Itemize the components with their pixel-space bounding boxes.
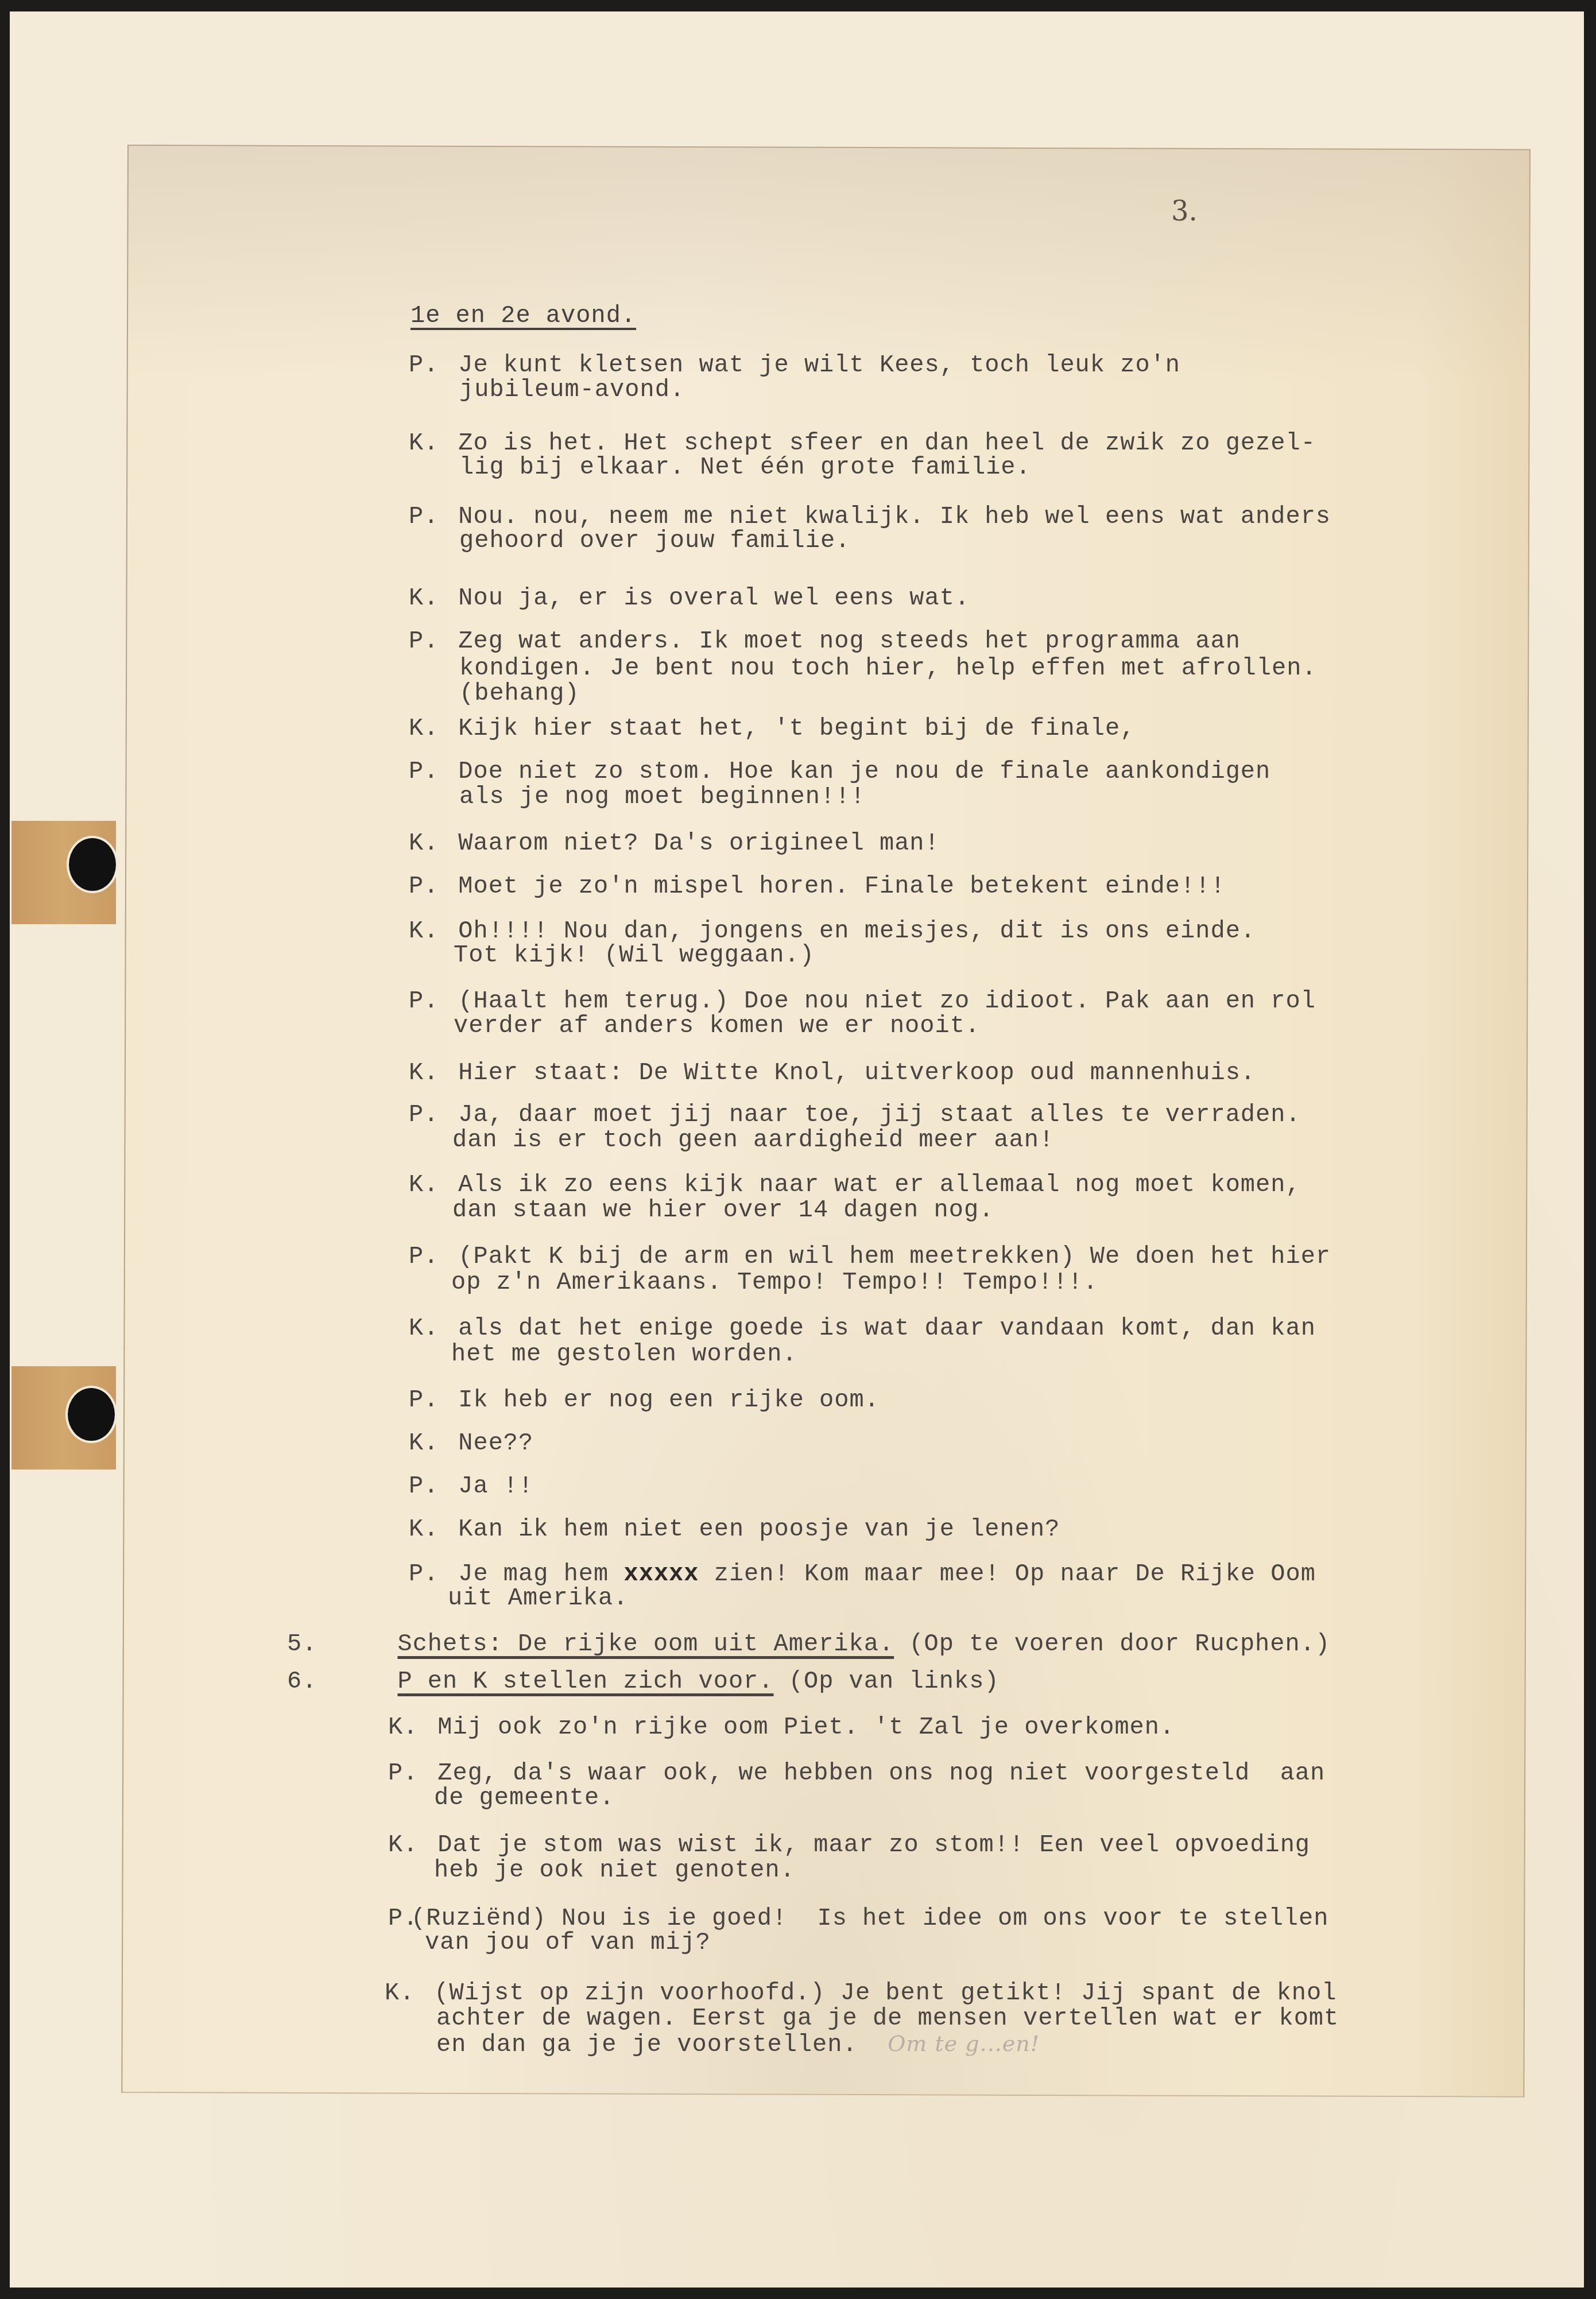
dialogue-line: P. (Pakt K bij de arm en wil hem meetrek… [409,1243,1331,1270]
script-text: 1e en 2e avond. P. Je kunt kletsen wat j… [0,0,1596,2299]
dialogue-line: K. Zo is het. Het schept sfeer en dan he… [409,429,1316,457]
dialogue-continuation: de gemeente. [434,1784,614,1812]
dialogue-line: K. Oh!!!! Nou dan, jongens en meisjes, d… [409,917,1256,945]
dialogue-line: P. Ja !! [409,1472,533,1500]
pencil-annotation: Om te g...en! [888,2031,1040,2056]
section-heading: 1e en 2e avond. [410,302,636,329]
dialogue-line: P. Moet je zo'n mispel horen. Finale bet… [409,873,1226,900]
dialogue-line: K. Nou ja, er is overal wel eens wat. [409,584,970,612]
dialogue-continuation: gehoord over jouw familie. [459,527,850,555]
dialogue-continuation: het me gestolen worden. [451,1340,797,1368]
dialogue-continuation: op z'n Amerikaans. Tempo! Tempo!! Tempo!… [451,1269,1098,1296]
dialogue-line: K. Als ik zo eens kijk naar wat er allem… [409,1171,1301,1199]
dialogue-continuation: (behang) [459,680,580,707]
dialogue-continuation: dan staan we hier over 14 dagen nog. [452,1196,994,1224]
dialogue-line: K. als dat het enige goede is wat daar v… [409,1315,1316,1342]
dialogue-continuation: verder af anders komen we er nooit. [454,1012,980,1040]
dialogue-line: P. Zeg, da's waar ook, we hebben ons nog… [388,1759,1325,1787]
dialogue-line: P. Ik heb er nog een rijke oom. [409,1386,880,1414]
dialogue-line: K. Mij ook zo'n rijke oom Piet. 't Zal j… [388,1713,1175,1741]
dialogue-line: K. Waarom niet? Da's origineel man! [409,829,940,857]
struck-out-word: xxxxx [623,1560,699,1588]
dialogue-continuation: van jou of van mij? [425,1929,711,1956]
dialogue-line: P. Je mag hem xxxxx zien! Kom maar mee! … [409,1560,1316,1588]
dialogue-line: K. Hier staat: De Witte Knol, uitverkoop… [409,1059,1256,1087]
program-item-6: 6.P en K stellen zich voor. (Op van link… [287,1668,1000,1695]
dialogue-line: P. Zeg wat anders. Ik moet nog steeds he… [409,627,1241,655]
dialogue-continuation: lig bij elkaar. Net één grote familie. [459,453,1031,481]
dialogue-continuation: achter de wagen. Eerst ga je de mensen v… [436,2005,1339,2032]
dialogue-continuation: jubileum-avond. [459,376,685,404]
dialogue-continuation: kondigen. Je bent nou toch hier, help ef… [459,654,1317,682]
dialogue-line: K. Kan ik hem niet een poosje van je len… [409,1515,1060,1543]
dialogue-line: K. Kijk hier staat het, 't begint bij de… [409,715,1135,742]
dialogue-line: P. Je kunt kletsen wat je wilt Kees, toc… [409,351,1180,379]
dialogue-line: P. Doe niet zo stom. Hoe kan je nou de f… [409,758,1270,785]
dialogue-line: K. Dat je stom was wist ik, maar zo stom… [388,1831,1310,1859]
dialogue-continuation: heb je ook niet genoten. [434,1856,795,1884]
dialogue-continuation: uit Amerika. [448,1584,628,1612]
dialogue-line: K. (Wijst op zijn voorhoofd.) Je bent ge… [385,1979,1337,2007]
program-item-title: P en K stellen zich voor. [397,1668,773,1695]
dialogue-line: P. Nou. nou, neem me niet kwalijk. Ik he… [409,503,1331,530]
dialogue-line: P. Ja, daar moet jij naar toe, jij staat… [409,1101,1301,1129]
dialogue-continuation: als je nog moet beginnen!!! [459,783,866,811]
program-item-title: Schets: De rijke oom uit Amerika. [397,1630,894,1658]
program-item-5: 5.Schets: De rijke oom uit Amerika. (Op … [287,1630,1330,1658]
dialogue-continuation: dan is er toch geen aardigheid meer aan! [452,1126,1054,1154]
dialogue-line: K. Nee?? [409,1429,533,1457]
dialogue-line: P. (Haalt hem terug.) Doe nou niet zo id… [409,987,1316,1015]
dialogue-continuation: Tot kijk! (Wil weggaan.) [454,941,815,969]
dialogue-line: P.(Ruziënd) Nou is ie goed! Is het idee … [388,1905,1328,1932]
dialogue-continuation: en dan ga je je voorstellen. Om te g...e… [436,2030,1040,2058]
